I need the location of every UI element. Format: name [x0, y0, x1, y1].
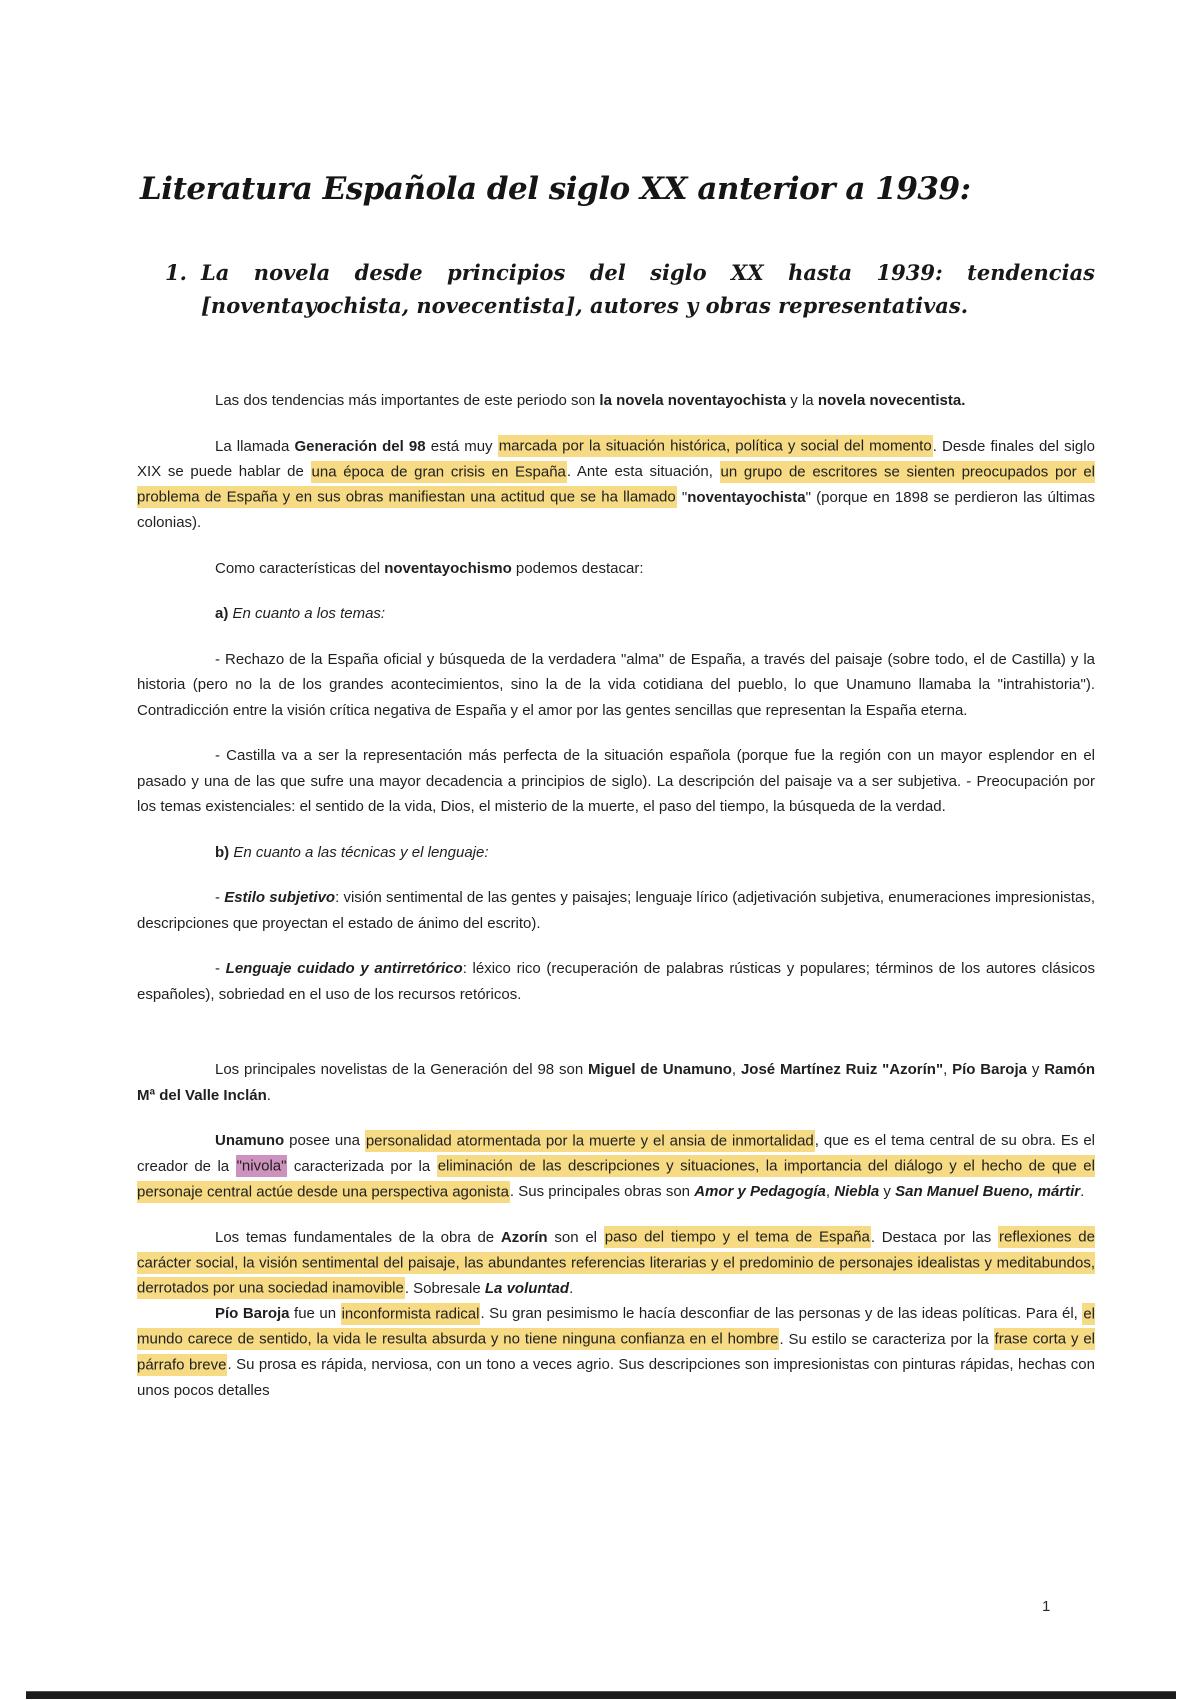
paragraph-tendencias: Las dos tendencias más importantes de es… — [137, 388, 1095, 414]
document-page: Literatura Española del siglo XX anterio… — [137, 0, 1095, 1423]
page-number: 1 — [1042, 1598, 1050, 1615]
bullet-estilo-subjetivo: - Estilo subjetivo: visión sentimental d… — [137, 885, 1095, 936]
document-title: Literatura Española del siglo XX anterio… — [140, 167, 1095, 211]
bullet-lenguaje-cuidado: - Lenguaje cuidado y antirretórico: léxi… — [137, 956, 1095, 1007]
subheading-a: a) En cuanto a los temas: — [137, 601, 1095, 627]
paragraph-azorin: Los temas fundamentales de la obra de Az… — [137, 1225, 1095, 1302]
bottom-separator-bar — [26, 1691, 1176, 1699]
paragraph-unamuno: Unamuno posee una personalidad atormenta… — [137, 1128, 1095, 1205]
bullet-rechazo: - Rechazo de la España oficial y búsqued… — [137, 647, 1095, 724]
section-title-line2: [noventayochista, novecentista], autores… — [201, 289, 1095, 322]
section-number: 1. — [165, 256, 187, 289]
subheading-b: b) En cuanto a las técnicas y el lenguaj… — [137, 840, 1095, 866]
paragraph-caracteristicas: Como características del noventayochismo… — [137, 556, 1095, 582]
paragraph-novelistas: Los principales novelistas de la Generac… — [137, 1057, 1095, 1108]
paragraph-baroja: Pío Baroja fue un inconformista radical.… — [137, 1301, 1095, 1403]
section-heading: 1. La novela desde principios del siglo … — [137, 256, 1095, 322]
document-body: Las dos tendencias más importantes de es… — [137, 388, 1095, 1403]
section-title-line1: La novela desde principios del siglo XX … — [201, 256, 1095, 289]
paragraph-generacion-98: La llamada Generación del 98 está muy ma… — [137, 434, 1095, 536]
bullet-castilla: - Castilla va a ser la representación má… — [137, 743, 1095, 820]
